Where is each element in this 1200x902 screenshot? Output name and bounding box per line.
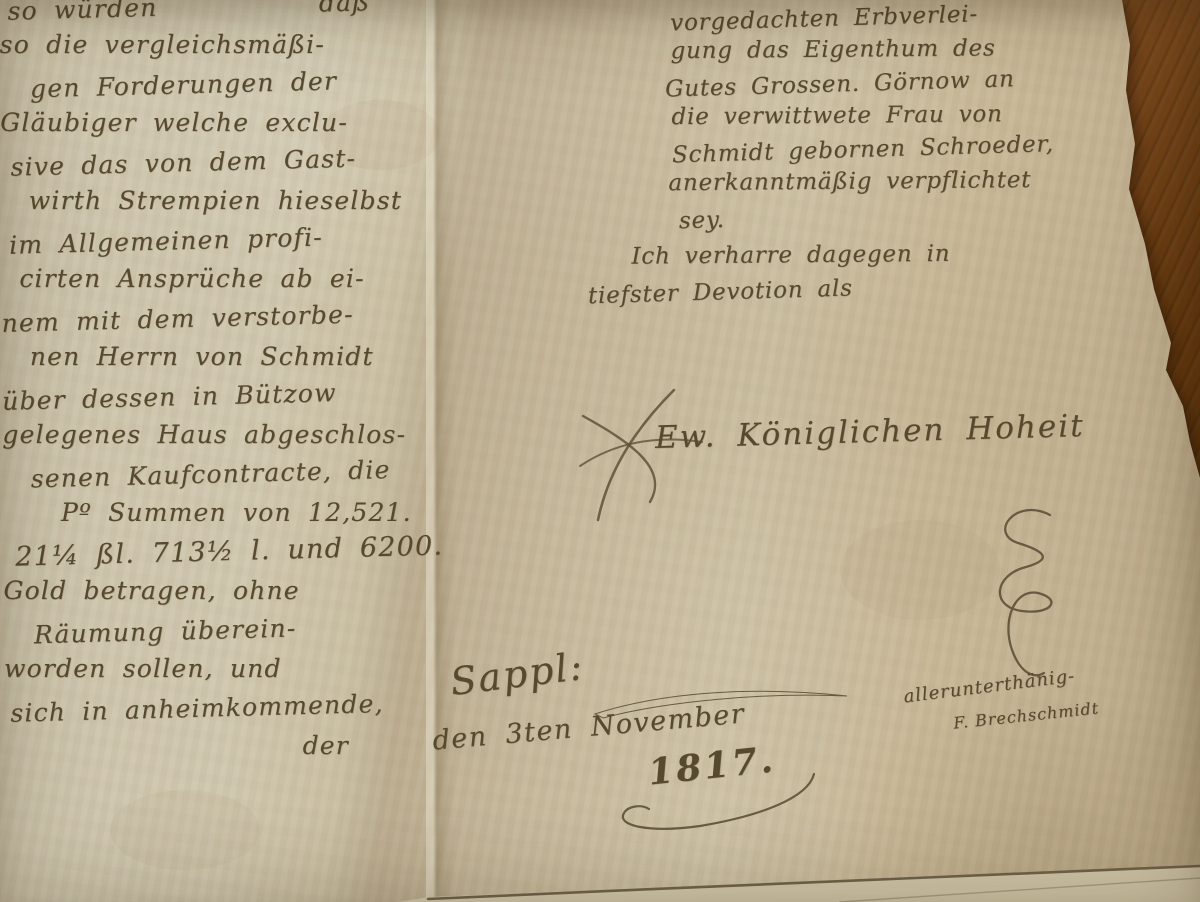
manuscript-line: worden sollen, und [4, 649, 450, 688]
manuscript-line: gelegenes Haus abgeschlos- [2, 415, 448, 454]
manuscript-line: so die vergleichsmäßi- [0, 25, 446, 64]
left-page-text-block: so würden daß so die vergleichsmäßi- gen… [0, 0, 451, 768]
manuscript-line: der [303, 726, 451, 765]
manuscript-line-sums: 21¼ ßl. 713½ l. und 6200. [15, 526, 450, 576]
manuscript-line: cirten Ansprüche ab ei- [19, 259, 447, 298]
manuscript-line: Gold betragen, ohne [3, 571, 449, 610]
manuscript-line: wirth Strempien hieselbst [29, 181, 447, 220]
manuscript-line: sive das von dem Gast- [10, 136, 447, 186]
manuscript-line: nem mit dem verstorbe- [1, 292, 448, 343]
photo-of-manuscript: so würden daß so die vergleichsmäßi- gen… [0, 0, 1200, 902]
manuscript-line: nen Herrn von Schmidt [30, 337, 448, 376]
manuscript-line: gen Forderungen der [30, 58, 447, 108]
right-page-text-block: vorgedachten Erbverlei- gung das Eigenth… [670, 0, 1174, 307]
manuscript-line: Gläubiger welche exclu- [0, 103, 446, 142]
manuscript-line: senen Kaufcontracte, die [30, 448, 449, 498]
manuscript-line: über dessen in Bützow [2, 370, 449, 421]
manuscript-line: im Allgemeinen profi- [9, 214, 448, 264]
manuscript-line: Räumung überein- [33, 604, 450, 654]
manuscript-line: Pº Summen von 12,521. [61, 493, 449, 532]
